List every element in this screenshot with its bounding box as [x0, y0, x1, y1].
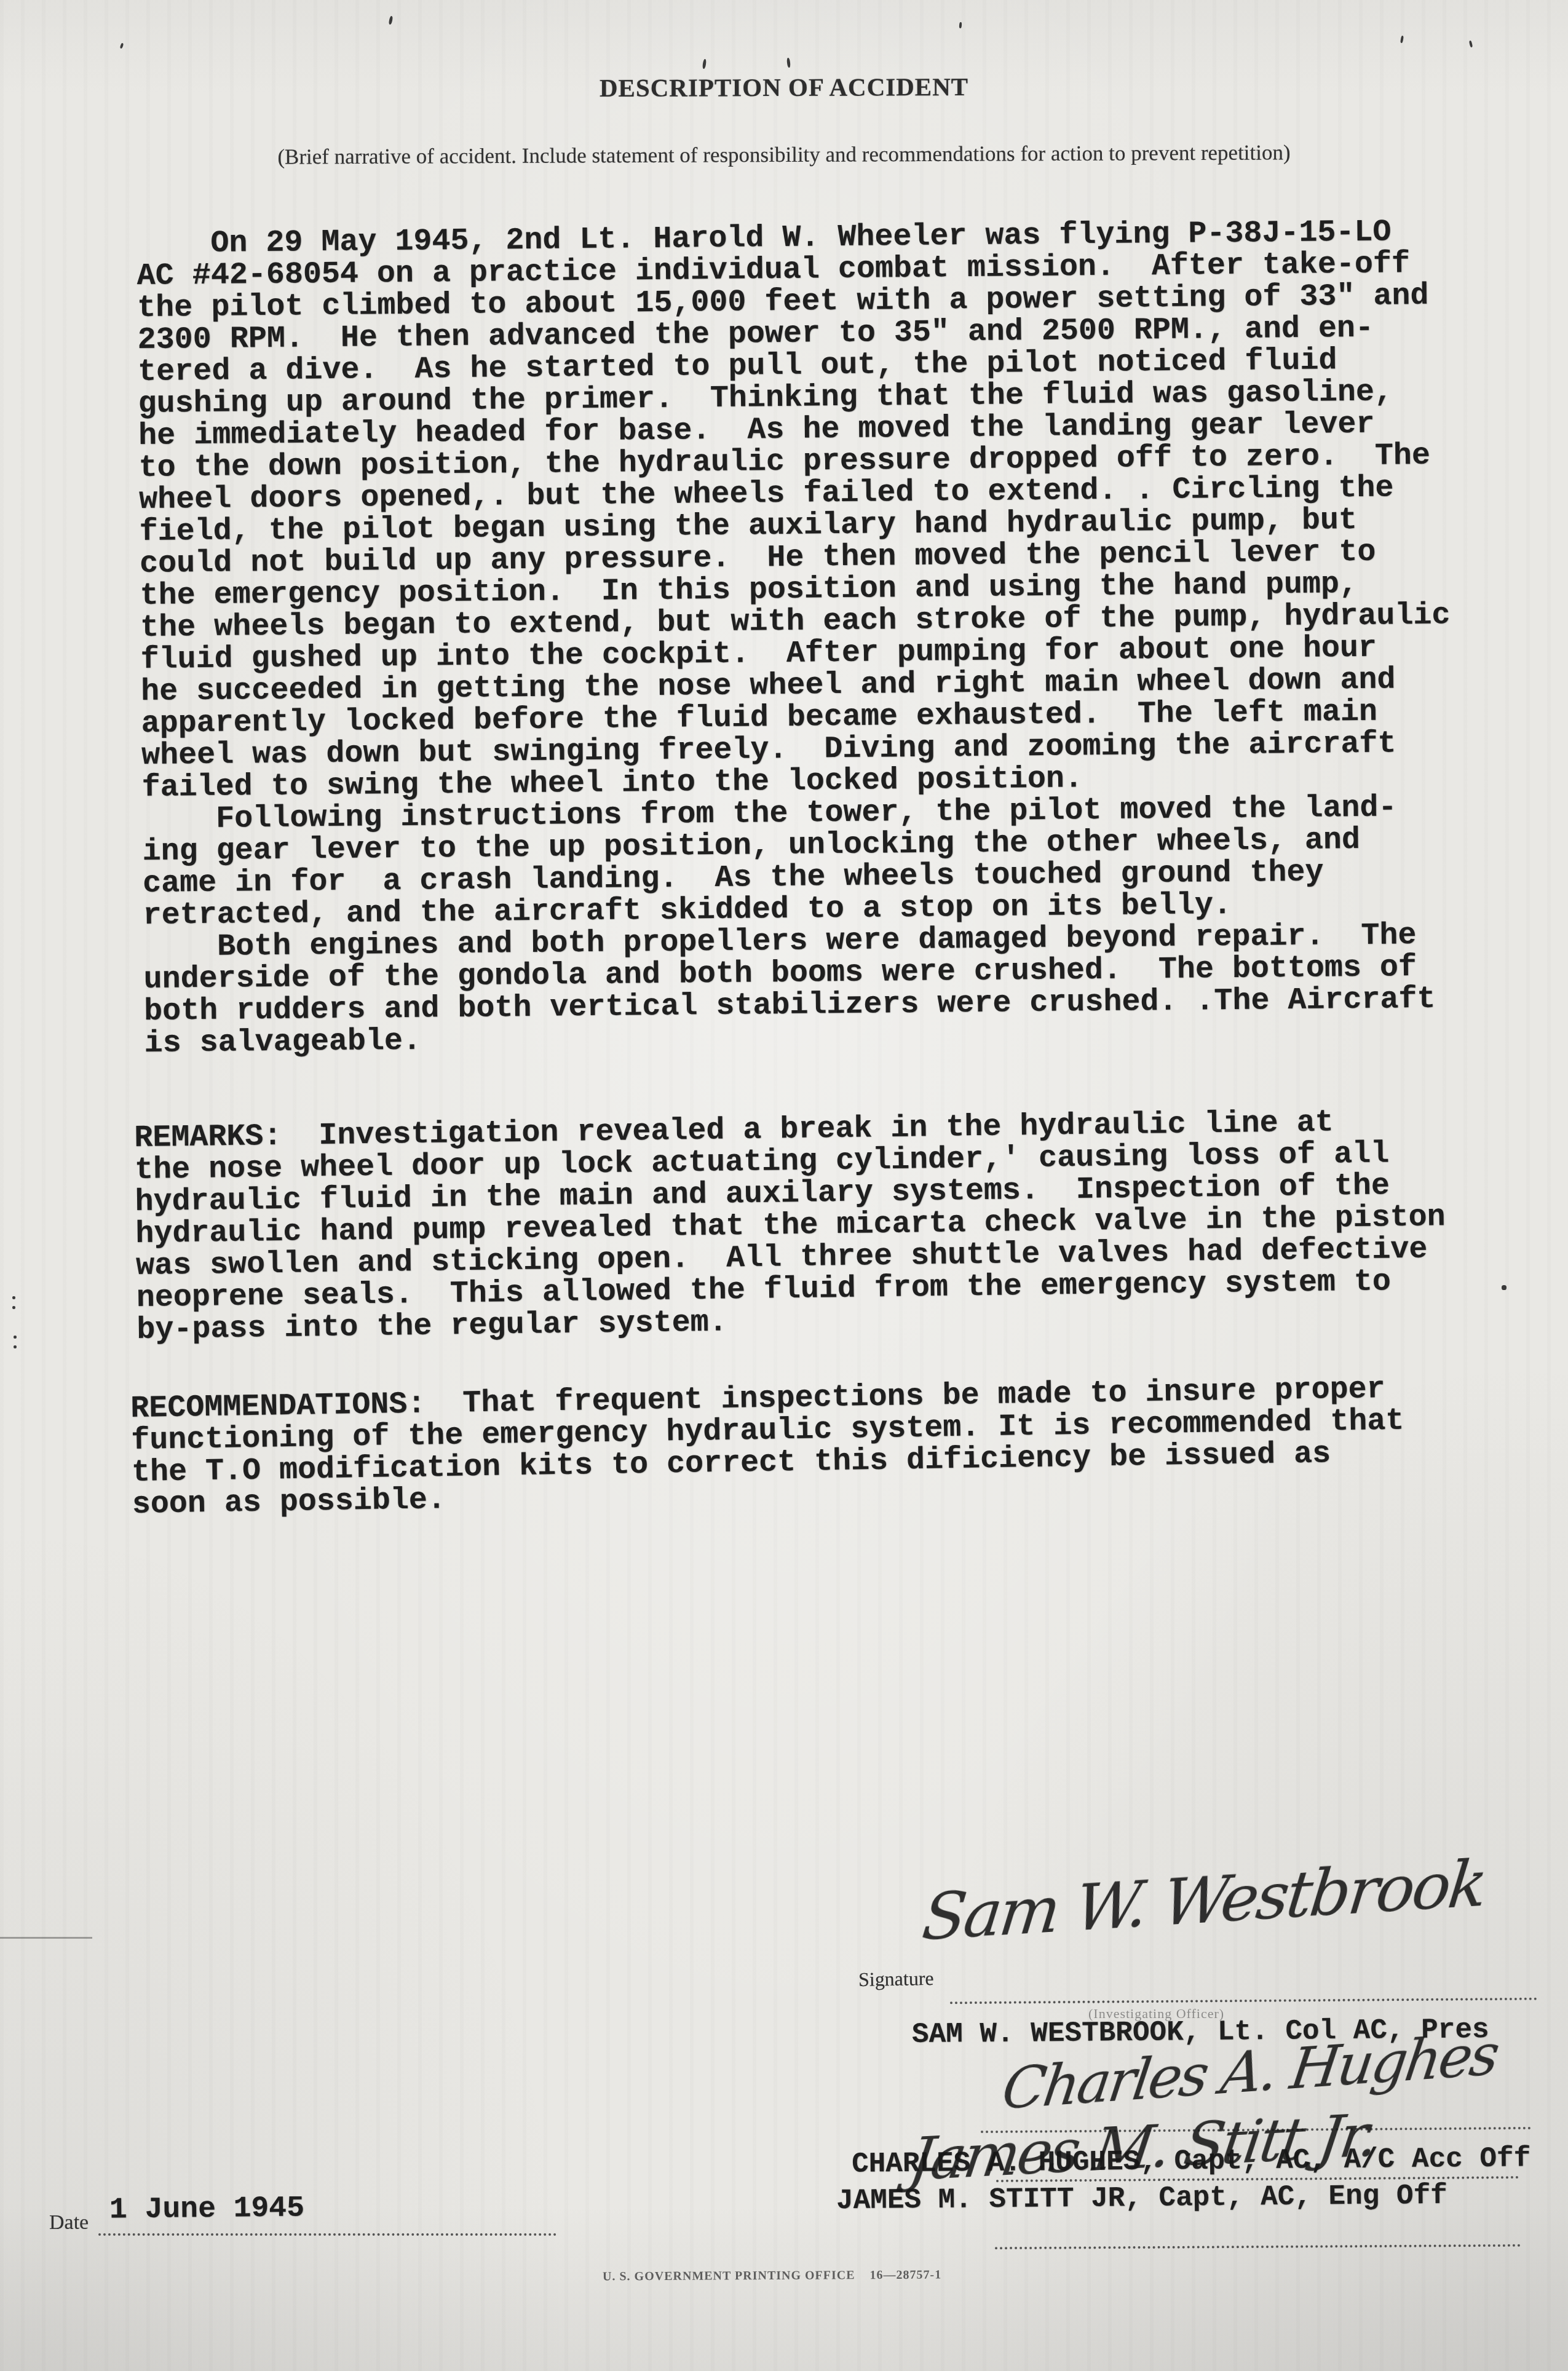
form-title: DESCRIPTION OF ACCIDENT [0, 70, 1568, 105]
ink-speck [120, 43, 124, 49]
gpo-footer: U. S. GOVERNMENT PRINTING OFFICE 16—2875… [603, 2268, 941, 2284]
ink-speck [1469, 41, 1473, 48]
recommendations-text: RECOMMENDATIONS: That frequent inspectio… [130, 1373, 1405, 1521]
paper-crease [0, 1937, 92, 1939]
ink-speck [14, 1336, 17, 1339]
remarks-text: REMARKS: Investigation revealed a break … [134, 1106, 1447, 1347]
ink-speck [959, 22, 962, 28]
ink-speck [702, 59, 707, 69]
ink-speck [14, 1345, 17, 1348]
signature-label: Signature [858, 1967, 934, 1991]
date-label: Date [49, 2211, 89, 2234]
ink-speck [12, 1306, 15, 1309]
accident-narrative-text: On 29 May 1945, 2nd Lt. Harold W. Wheele… [137, 216, 1454, 1060]
ink-speck [1400, 36, 1404, 44]
handwritten-signature-stitt: James M. Stitt Jr. [906, 2100, 1381, 2195]
handwritten-signature-westbrook: Sam W. Westbrook [919, 1846, 1489, 1956]
signature-line-4-empty [995, 2244, 1521, 2249]
ink-speck [389, 16, 394, 25]
ink-speck [1502, 1285, 1507, 1290]
signature-line-1 [950, 1998, 1537, 2005]
form-subtitle: (Brief narrative of accident. Include st… [0, 139, 1568, 170]
date-value: 1 June 1945 [109, 2192, 304, 2227]
date-line [98, 2233, 556, 2236]
accident-report-page: DESCRIPTION OF ACCIDENT (Brief narrative… [0, 0, 1568, 2371]
ink-speck [786, 58, 791, 68]
ink-speck [12, 1296, 15, 1299]
